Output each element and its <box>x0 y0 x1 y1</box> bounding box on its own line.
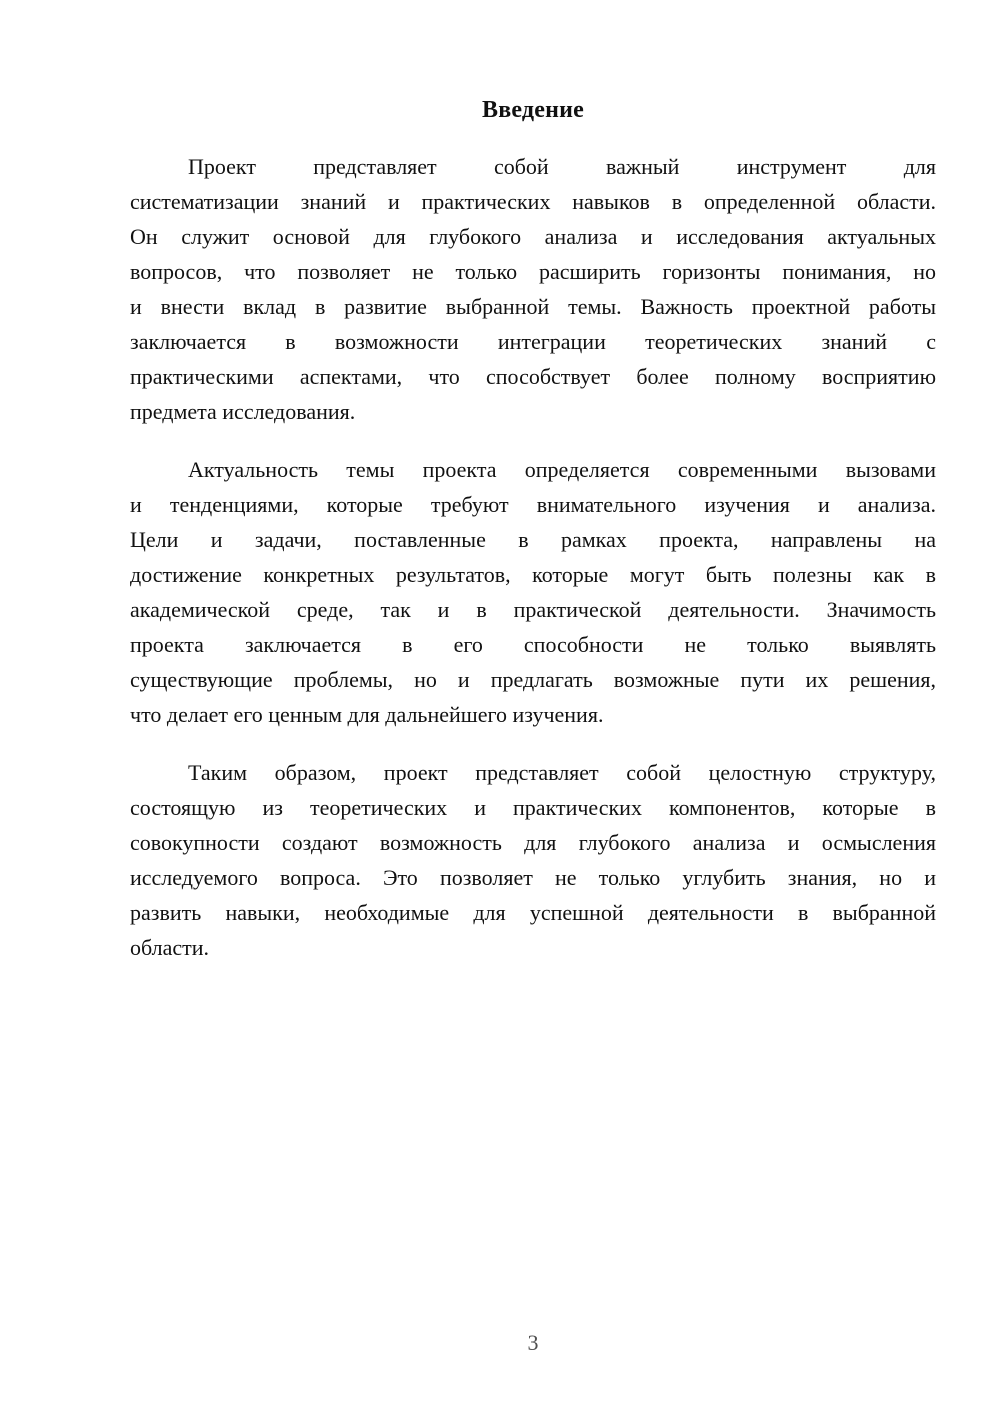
text-line: достижение конкретных результатов, котор… <box>130 557 936 592</box>
text-line: существующие проблемы, но и предлагать в… <box>130 662 936 697</box>
paragraph: Проект представляет собой важный инструм… <box>130 149 936 429</box>
text-line: состоящую из теоретических и практически… <box>130 790 936 825</box>
document-page: Введение Проект представляет собой важны… <box>0 0 1000 1414</box>
text-line: Цели и задачи, поставленные в рамках про… <box>130 522 936 557</box>
text-line: совокупности создают возможность для глу… <box>130 825 936 860</box>
body-text: Проект представляет собой важный инструм… <box>130 149 936 965</box>
text-line: Актуальность темы проекта определяется с… <box>130 452 936 487</box>
text-line: развить навыки, необходимые для успешной… <box>130 895 936 930</box>
text-line: академической среде, так и в практическо… <box>130 592 936 627</box>
text-line: проекта заключается в его способности не… <box>130 627 936 662</box>
text-line: что делает его ценным для дальнейшего из… <box>130 697 936 732</box>
paragraph: Актуальность темы проекта определяется с… <box>130 452 936 732</box>
page-content: Введение Проект представляет собой важны… <box>130 92 936 988</box>
text-line: вопросов, что позволяет не только расшир… <box>130 254 936 289</box>
text-line: и внести вклад в развитие выбранной темы… <box>130 289 936 324</box>
page-number: 3 <box>130 1325 936 1360</box>
text-line: систематизации знаний и практических нав… <box>130 184 936 219</box>
paragraph: Таким образом, проект представляет собой… <box>130 755 936 965</box>
text-line: Проект представляет собой важный инструм… <box>130 149 936 184</box>
text-line: предмета исследования. <box>130 394 936 429</box>
text-line: исследуемого вопроса. Это позволяет не т… <box>130 860 936 895</box>
text-line: и тенденциями, которые требуют вниматель… <box>130 487 936 522</box>
text-line: заключается в возможности интеграции тео… <box>130 324 936 359</box>
text-line: области. <box>130 930 936 965</box>
text-line: практическими аспектами, что способствуе… <box>130 359 936 394</box>
text-line: Он служит основой для глубокого анализа … <box>130 219 936 254</box>
section-title: Введение <box>130 92 936 128</box>
text-line: Таким образом, проект представляет собой… <box>130 755 936 790</box>
